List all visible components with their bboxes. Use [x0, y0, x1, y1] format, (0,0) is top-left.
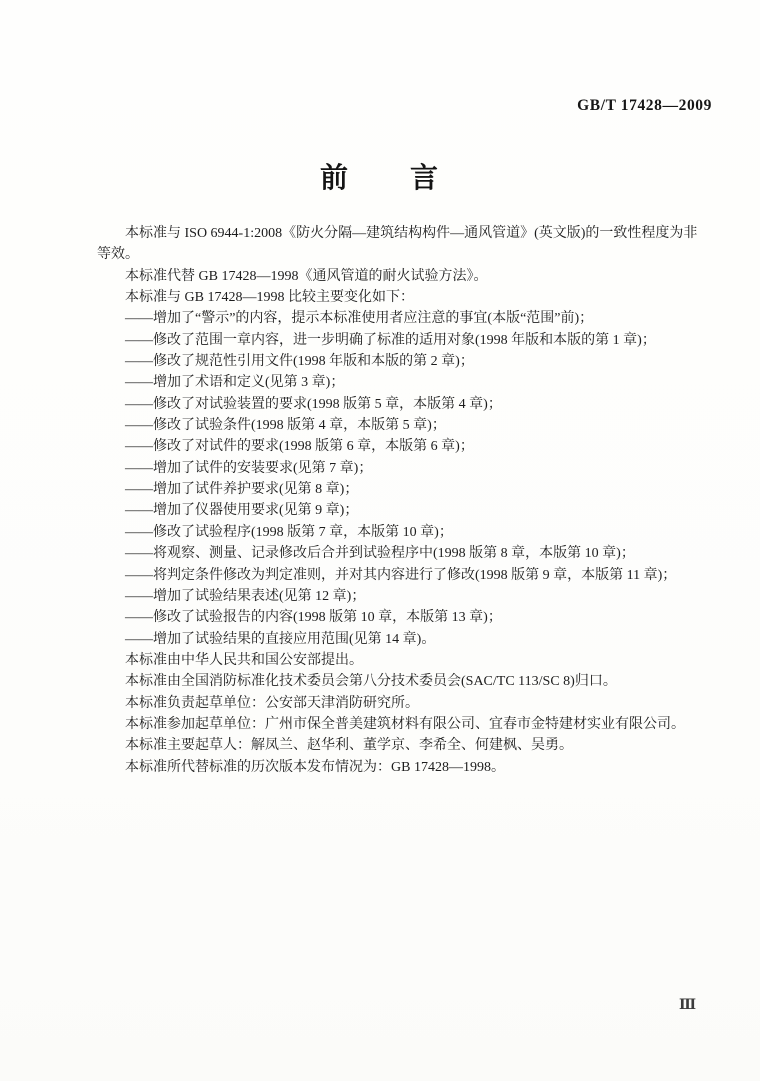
text-line: 本标准由中华人民共和国公安部提出。 [97, 650, 707, 671]
text-line: 本标准由全国消防标准化技术委员会第八分技术委员会(SAC/TC 113/SC 8… [97, 671, 707, 692]
document-page: GB/T 17428—2009 前 言 本标准与 ISO 6944-1:2008… [0, 0, 760, 1081]
page-number: Ⅲ [679, 997, 696, 1014]
text-line: ——修改了对试件的要求(1998 版第 6 章，本版第 6 章)； [97, 436, 707, 457]
text-line: ——将观察、测量、记录修改后合并到试验程序中(1998 版第 8 章，本版第 1… [97, 543, 707, 564]
text-line: 本标准所代替标准的历次版本发布情况为：GB 17428—1998。 [97, 757, 707, 778]
text-line: 本标准主要起草人：解凤兰、赵华利、董学京、李希全、何建枫、吴勇。 [97, 735, 707, 756]
page-title: 前 言 [0, 156, 760, 196]
text-line: ——增加了试验结果的直接应用范围(见第 14 章)。 [97, 629, 707, 650]
text-line: ——增加了试验结果表述(见第 12 章)； [97, 586, 707, 607]
text-line: ——增加了仪器使用要求(见第 9 章)； [97, 500, 707, 521]
text-line: ——将判定条件修改为判定准则，并对其内容进行了修改(1998 版第 9 章，本版… [97, 565, 707, 586]
text-line: 本标准与 ISO 6944-1:2008《防火分隔—建筑结构构件—通风管道》(英… [97, 223, 707, 244]
text-line: ——修改了范围一章内容，进一步明确了标准的适用对象(1998 年版和本版的第 1… [97, 330, 707, 351]
text-line: ——修改了试验报告的内容(1998 版第 10 章，本版第 13 章)； [97, 607, 707, 628]
text-line: 本标准参加起草单位：广州市保全普美建筑材料有限公司、宜春市金特建材实业有限公司。 [97, 714, 707, 735]
text-line: 本标准代替 GB 17428—1998《通风管道的耐火试验方法》。 [97, 266, 707, 287]
foreword-body: 本标准与 ISO 6944-1:2008《防火分隔—建筑结构构件—通风管道》(英… [97, 223, 707, 778]
text-line: 本标准与 GB 17428—1998 比较主要变化如下： [97, 287, 707, 308]
text-line: 本标准负责起草单位：公安部天津消防研究所。 [97, 693, 707, 714]
text-line: ——修改了对试验装置的要求(1998 版第 5 章，本版第 4 章)； [97, 394, 707, 415]
text-line: ——修改了试验程序(1998 版第 7 章，本版第 10 章)； [97, 522, 707, 543]
text-line: 等效。 [97, 244, 707, 265]
text-line: ——增加了术语和定义(见第 3 章)； [97, 372, 707, 393]
text-line: ——增加了试件养护要求(见第 8 章)； [97, 479, 707, 500]
text-line: ——修改了试验条件(1998 版第 4 章，本版第 5 章)； [97, 415, 707, 436]
text-line: ——修改了规范性引用文件(1998 年版和本版的第 2 章)； [97, 351, 707, 372]
text-line: ——增加了“警示”的内容，提示本标准使用者应注意的事宜(本版“范围”前)； [97, 308, 707, 329]
text-line: ——增加了试件的安装要求(见第 7 章)； [97, 458, 707, 479]
standard-code: GB/T 17428—2009 [577, 97, 712, 115]
